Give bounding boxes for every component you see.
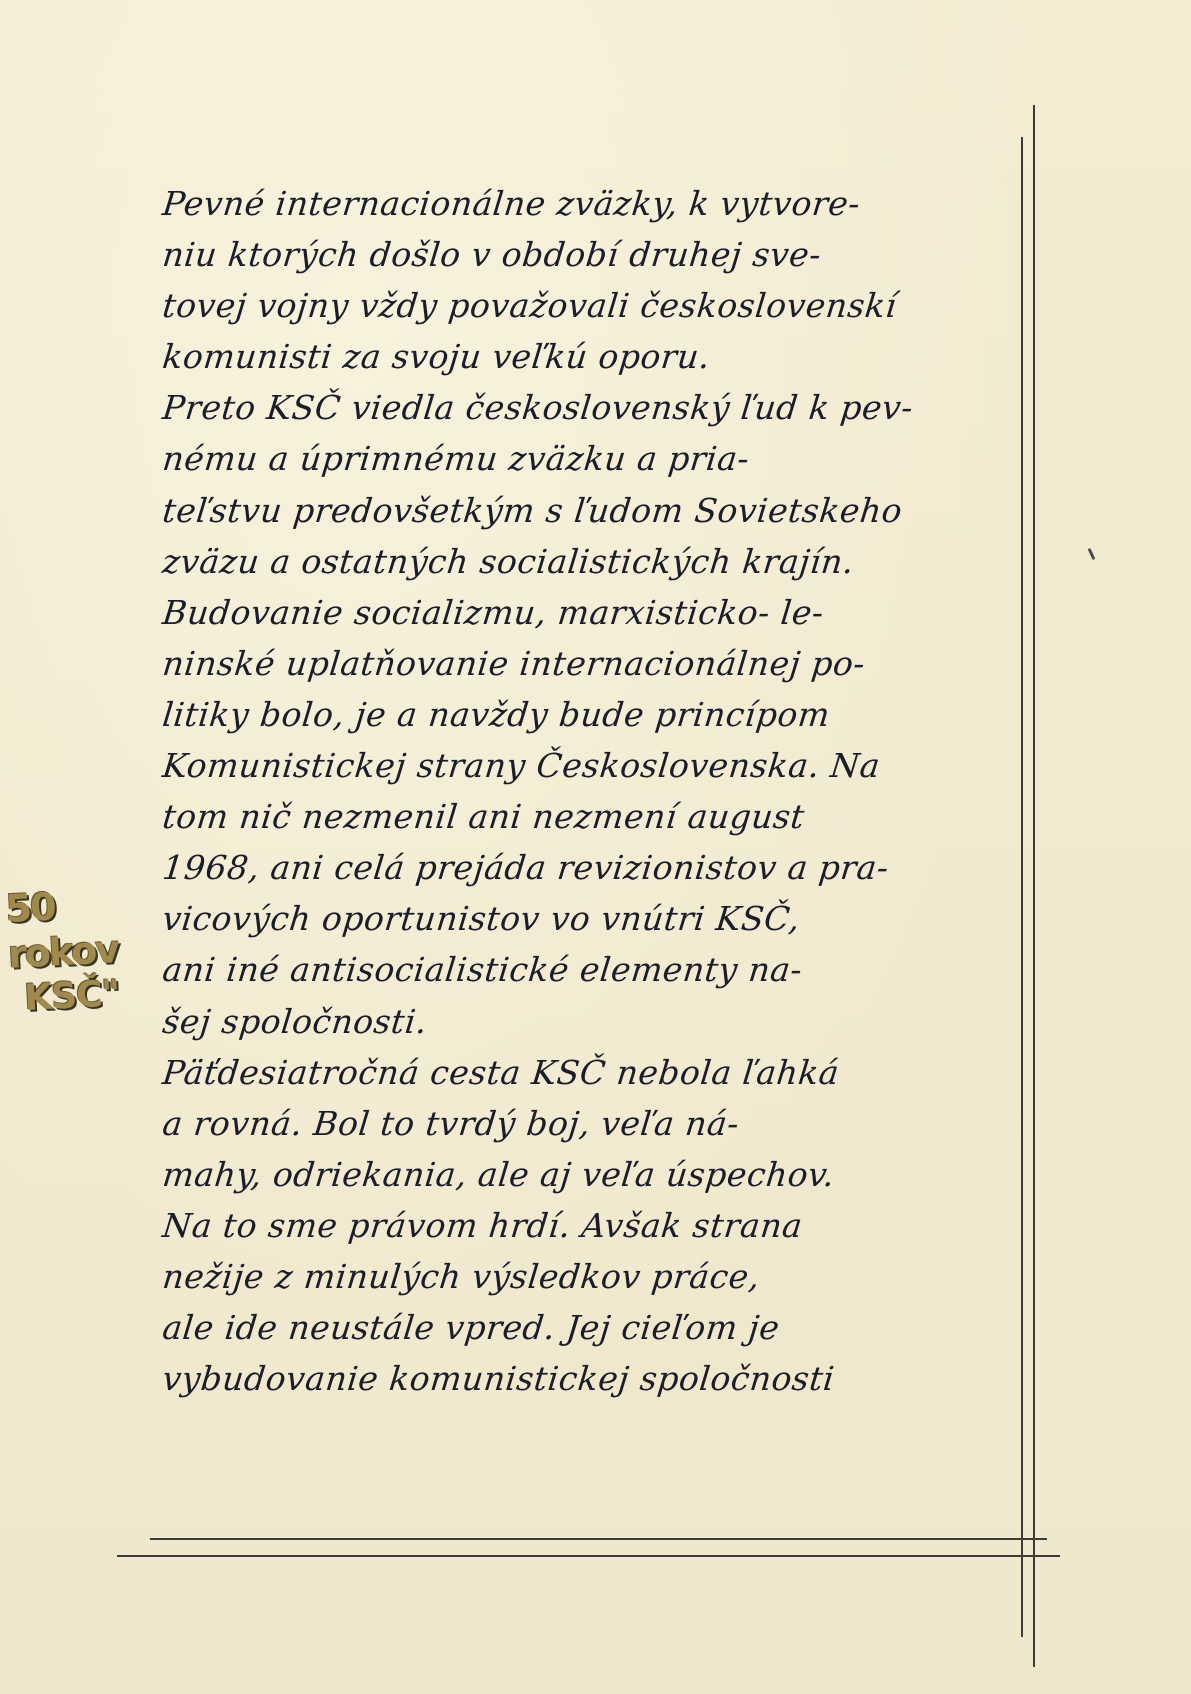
text-line: Na to sme právom hrdí. Avšak strana <box>160 1200 1025 1251</box>
text-line: nežije z minulých výsledkov práce, <box>160 1251 1025 1302</box>
bottom-rule-lower <box>117 1555 1060 1557</box>
anniversary-stamp: 50 rokov KSČ" <box>5 878 162 1022</box>
text-line: ale ide neustále vpred. Jej cieľom je <box>160 1302 1025 1353</box>
margin-rule-outer <box>1033 105 1035 1667</box>
text-line: vybudovanie komunistickej spoločnosti <box>160 1353 1025 1404</box>
stamp-line-2: KSČ" <box>9 970 161 1022</box>
text-line: a rovná. Bol to tvrdý boj, veľa ná- <box>160 1098 1025 1149</box>
text-line: šej spoločnosti. <box>160 996 1025 1047</box>
stamp-line-1: 50 rokov <box>5 878 160 978</box>
handwritten-text: Pevné internacionálne zväzky, k vytvore-… <box>160 178 1020 1404</box>
text-line: Komunistickej strany Československa. Na <box>160 740 1025 791</box>
text-line: tom nič nezmenil ani nezmení august <box>160 791 1025 842</box>
text-line: vicových oportunistov vo vnútri KSČ, <box>160 893 1025 944</box>
text-line: komunisti za svoju veľkú oporu. <box>160 331 1025 382</box>
paper-page: 50 rokov KSČ" Pevné internacionálne zväz… <box>0 0 1191 1694</box>
text-line: Preto KSČ viedla československý ľud k pe… <box>160 382 1025 433</box>
text-line: nému a úprimnému zväzku a pria- <box>160 433 1025 484</box>
text-line: litiky bolo, je a navždy bude princípom <box>160 689 1025 740</box>
ink-speck <box>1088 548 1096 560</box>
text-line: ani iné antisocialistické elementy na- <box>160 944 1025 995</box>
text-line: 1968, ani celá prejáda revizionistov a p… <box>160 842 1025 893</box>
text-line: mahy, odriekania, ale aj veľa úspechov. <box>160 1149 1025 1200</box>
text-line: Päťdesiatročná cesta KSČ nebola ľahká <box>160 1047 1025 1098</box>
text-line: Pevné internacionálne zväzky, k vytvore- <box>160 178 1025 229</box>
text-line: tovej vojny vždy považovali českoslovens… <box>160 280 1025 331</box>
text-line: Budovanie socializmu, marxisticko- le- <box>160 587 1025 638</box>
text-line: zväzu a ostatných socialistických krajín… <box>160 536 1025 587</box>
text-line: ninské uplatňovanie internacionálnej po- <box>160 638 1025 689</box>
text-line: teľstvu predovšetkým s ľudom Sovietskeho <box>160 485 1025 536</box>
text-line: niu ktorých došlo v období druhej sve- <box>160 229 1025 280</box>
bottom-rule-upper <box>150 1538 1047 1540</box>
